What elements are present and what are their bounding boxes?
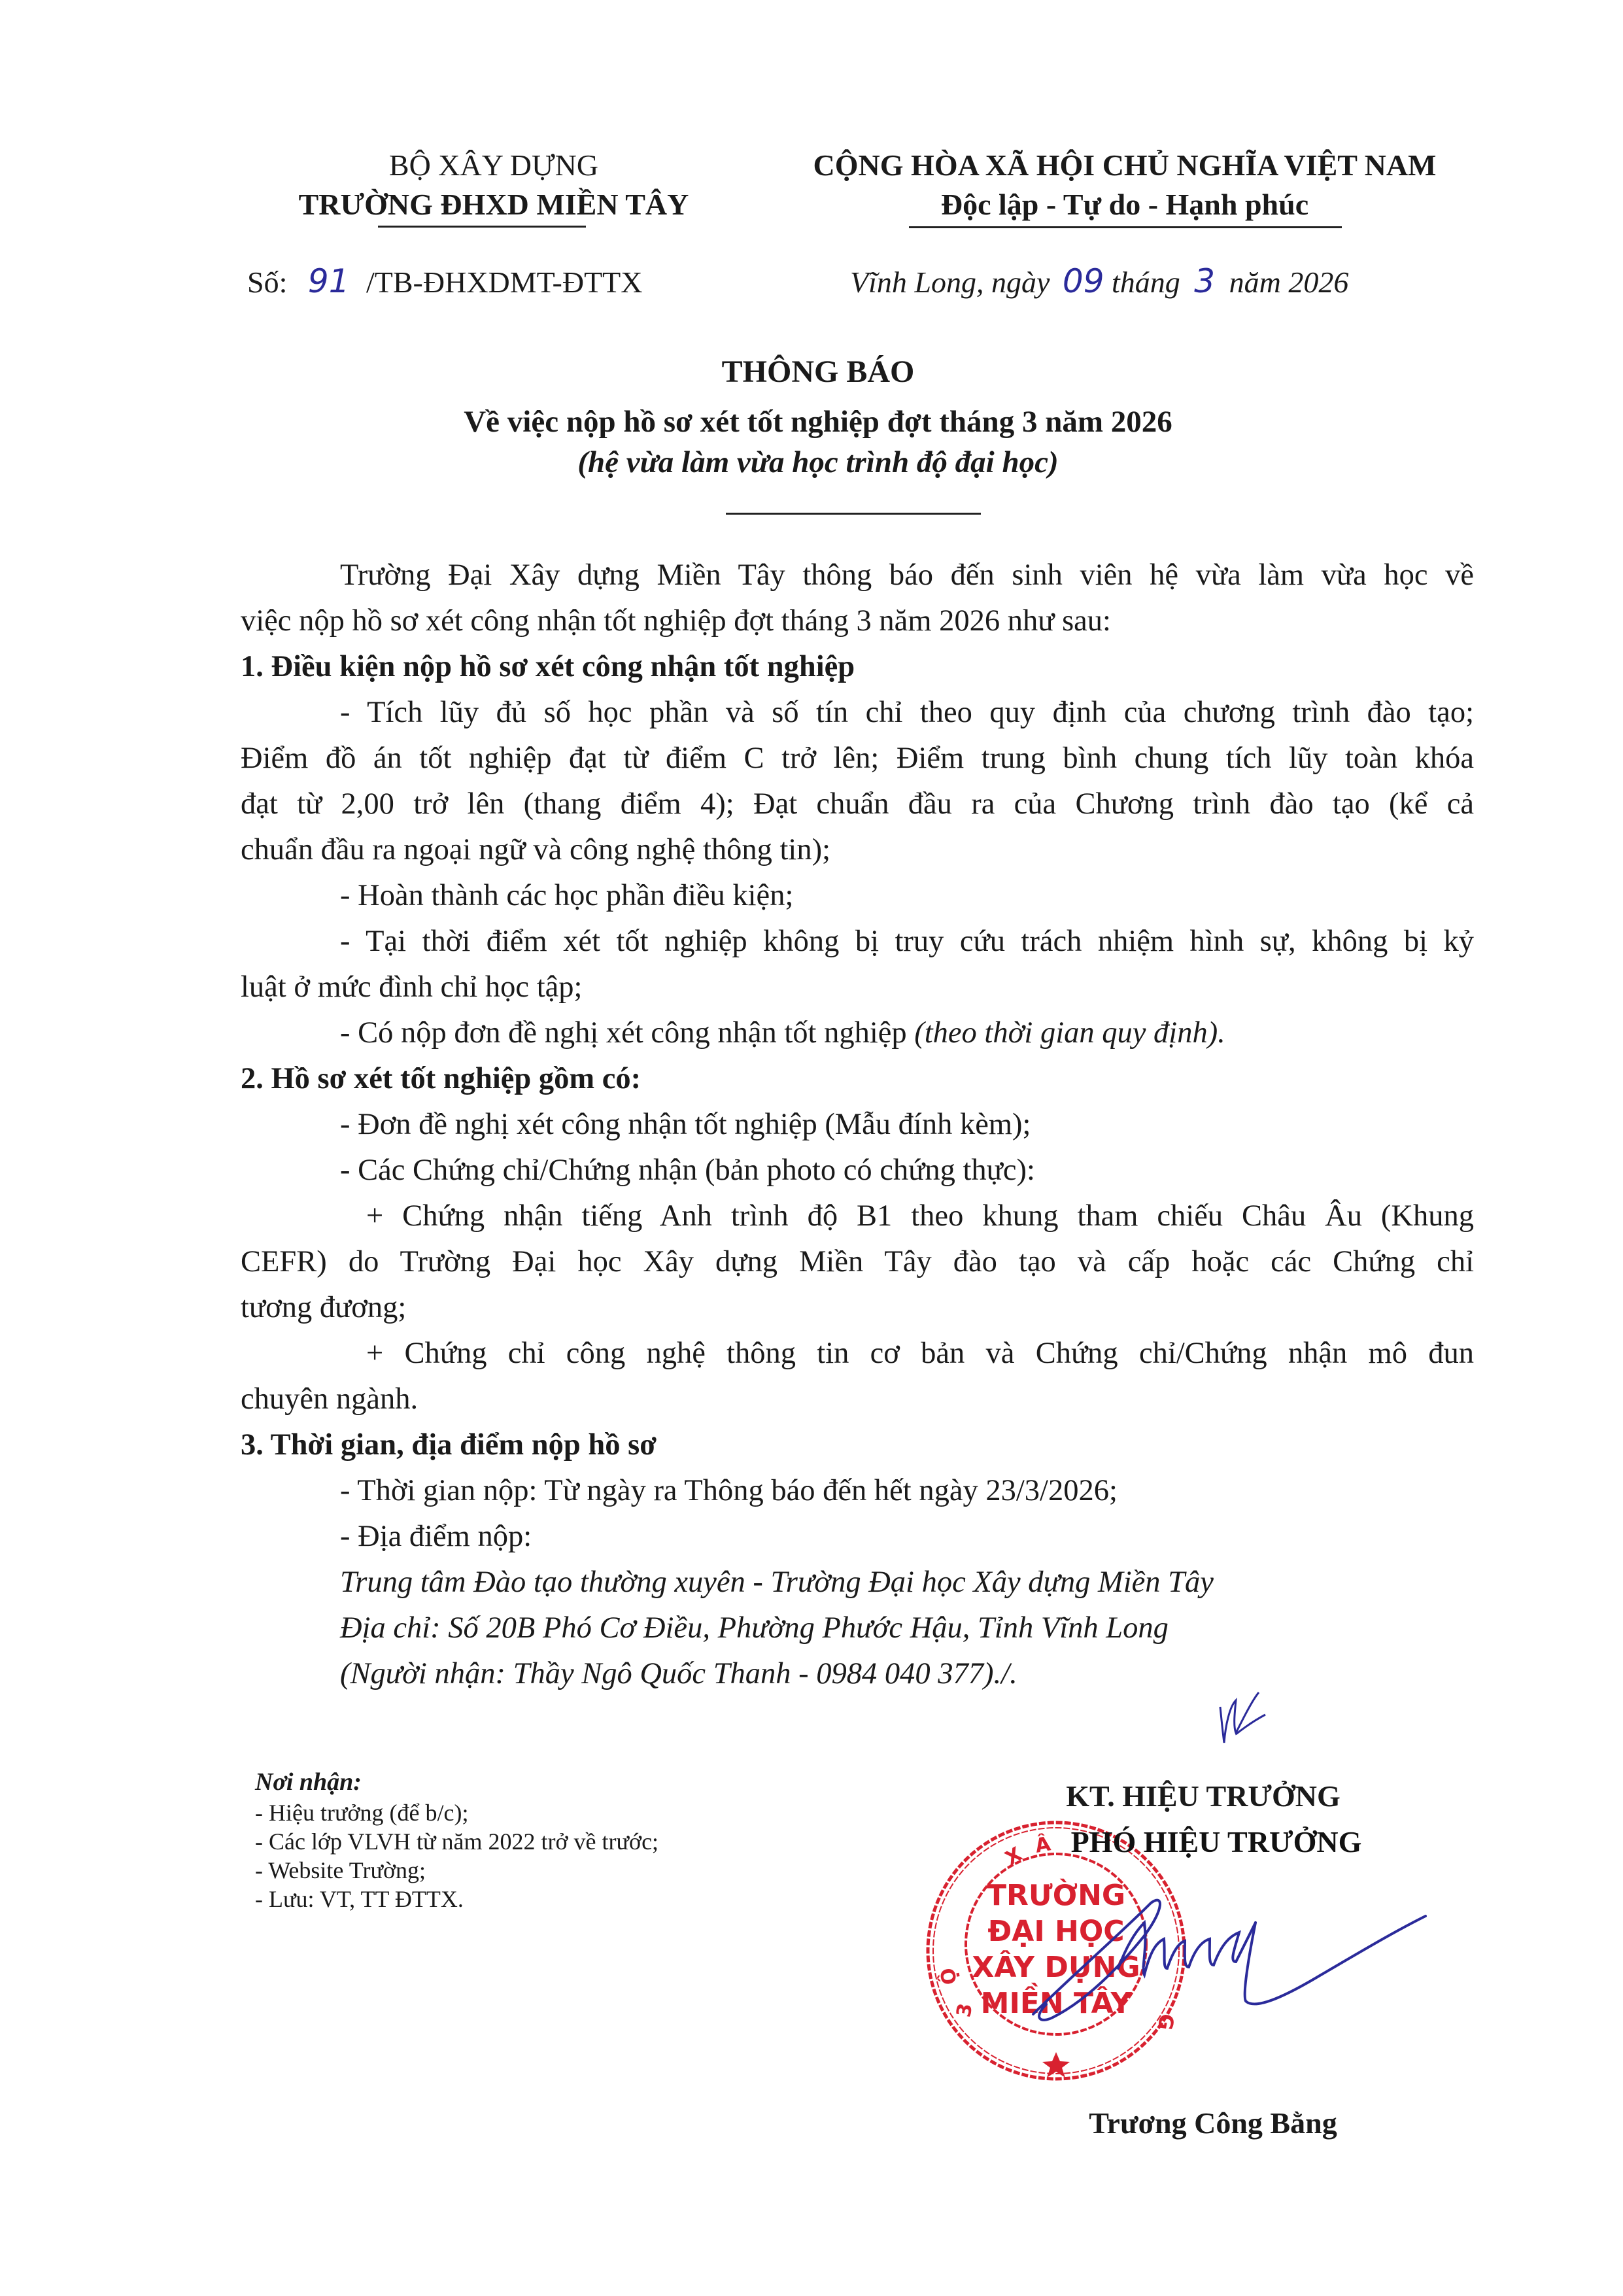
document-subtitle-italic: (hệ vừa làm vừa học trình độ đại học) [0, 447, 1623, 478]
address-line: (Người nhận: Thầy Ngô Quốc Thanh - 0984 … [241, 1651, 1474, 1697]
document-date: Vĩnh Long, ngày 09 tháng 3 năm 2026 [850, 262, 1348, 302]
address-line: Địa chỉ: Số 20B Phó Cơ Điều, Phường Phướ… [241, 1605, 1474, 1651]
date-day-handwritten: 09 [1063, 262, 1104, 300]
school-name: TRƯỜNG ĐHXD MIỀN TÂY [258, 190, 729, 220]
body: Trường Đại Xây dựng Miền Tây thông báo đ… [241, 553, 1474, 1697]
recipient-item: - Hiệu trưởng (để b/c); [255, 1798, 658, 1827]
section-1-line: chuẩn đầu ra ngoại ngữ và công nghệ thôn… [241, 827, 1474, 873]
section-3-line: - Thời gian nộp: Từ ngày ra Thông báo đế… [241, 1468, 1474, 1514]
signer-name: Trương Công Bằng [951, 2106, 1475, 2140]
section-1-line: - Tại thời điểm xét tốt nghiệp không bị … [241, 919, 1474, 965]
section-3-heading: 3. Thời gian, địa điểm nộp hồ sơ [241, 1422, 1474, 1468]
date-month-handwritten: 3 [1194, 262, 1215, 300]
ministry-name: BỘ XÂY DỰNG [363, 150, 624, 180]
section-1-line: luật ở mức đình chỉ học tập; [241, 965, 1474, 1010]
initials-signature-icon [1216, 1687, 1269, 1746]
document-title: THÔNG BÁO [0, 356, 1623, 388]
svg-text:Ộ: Ộ [935, 1966, 962, 1987]
national-motto: Độc lập - Tự do - Hạnh phúc [886, 190, 1363, 220]
section-2-line: CEFR) do Trường Đại học Xây dựng Miền Tâ… [241, 1239, 1474, 1285]
section-1-line: - Hoàn thành các học phần điều kiện; [241, 873, 1474, 919]
title-divider [726, 513, 981, 515]
section-2-line: chuyên ngành. [241, 1377, 1474, 1422]
section-1-line: đạt từ 2,00 trở lên (thang điểm 4); Đạt … [241, 781, 1474, 827]
section-1-line: - Tích lũy đủ số học phần và số tín chỉ … [241, 690, 1474, 736]
svg-text:3: 3 [952, 2002, 977, 2019]
signature-title-2: PHÓ HIỆU TRƯỞNG [942, 1825, 1491, 1859]
address-line: Trung tâm Đào tạo thường xuyên - Trường … [241, 1560, 1474, 1605]
section-1-heading: 1. Điều kiện nộp hồ sơ xét công nhận tốt… [241, 644, 1474, 690]
intro-line: việc nộp hồ sơ xét công nhận tốt nghiệp … [241, 598, 1474, 644]
number-prefix: Số: [247, 266, 287, 299]
national-motto-underline [909, 226, 1342, 228]
recipients: Nơi nhận: - Hiệu trưởng (để b/c); - Các … [255, 1766, 658, 1913]
section-2-line: - Các Chứng chỉ/Chứng nhận (bản photo có… [241, 1148, 1474, 1193]
section-2-line: - Đơn đề nghị xét công nhận tốt nghiệp (… [241, 1102, 1474, 1148]
section-1-line: - Có nộp đơn đề nghị xét công nhận tốt n… [241, 1010, 1474, 1056]
school-name-underline [378, 226, 586, 228]
date-prefix: Vĩnh Long, ngày [850, 266, 1050, 299]
section-1-last-italic: (theo thời gian quy định). [914, 1016, 1225, 1050]
document-number: Số: 91 /TB-ĐHXDMT-ĐTTX [247, 262, 643, 302]
recipient-item: - Lưu: VT, TT ĐTTX. [255, 1885, 658, 1913]
date-year: năm 2026 [1229, 266, 1349, 299]
section-2-heading: 2. Hồ sơ xét tốt nghiệp gồm có: [241, 1056, 1474, 1102]
number-suffix: /TB-ĐHXDMT-ĐTTX [366, 266, 643, 299]
section-2-line: + Chứng nhận tiếng Anh trình độ B1 theo … [241, 1193, 1474, 1239]
recipient-item: - Website Trường; [255, 1856, 658, 1885]
section-1-line: Điểm đồ án tốt nghiệp đạt từ điểm C trở … [241, 736, 1474, 781]
date-month-label: tháng [1112, 266, 1180, 299]
document-subtitle: Về việc nộp hồ sơ xét tốt nghiệp đợt thá… [0, 407, 1623, 437]
recipient-item: - Các lớp VLVH từ năm 2022 trở về trước; [255, 1827, 658, 1856]
handwritten-signature-icon [1014, 1870, 1432, 2040]
section-2-line: tương đương; [241, 1285, 1474, 1331]
section-3-line: - Địa điểm nộp: [241, 1514, 1474, 1560]
intro-line: Trường Đại Xây dựng Miền Tây thông báo đ… [241, 553, 1474, 598]
signature-title-1: KT. HIỆU TRƯỞNG [942, 1779, 1465, 1813]
section-2-line: + Chứng chỉ công nghệ thông tin cơ bản v… [241, 1331, 1474, 1377]
number-handwritten: 91 [308, 262, 350, 300]
section-1-last-plain: - Có nộp đơn đề nghị xét công nhận tốt n… [340, 1016, 914, 1050]
country-name: CỘNG HÒA XÃ HỘI CHỦ NGHĨA VIỆT NAM [755, 150, 1494, 180]
recipients-heading: Nơi nhận: [255, 1766, 658, 1798]
